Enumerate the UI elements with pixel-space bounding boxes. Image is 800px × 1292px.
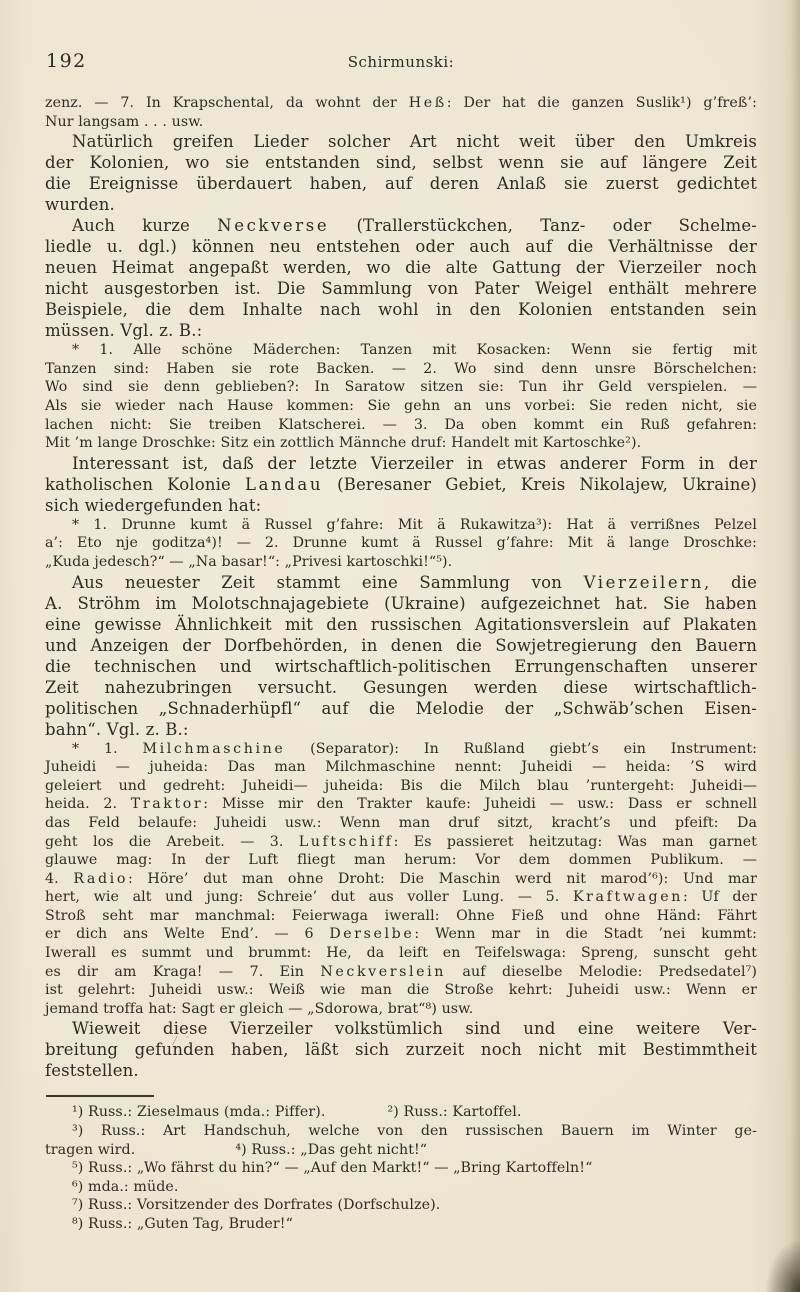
- text-segment: er dich ans Welte End’. — 6: [45, 926, 329, 942]
- verse-example: * 1. Alle schöne Mäderchen: Tanzen mit K…: [45, 341, 757, 453]
- text-line: Beispiele, die dem Inhalte nach wohl in …: [45, 299, 757, 320]
- text-line: sich wiedergefunden hat:: [45, 495, 757, 516]
- text-segment: Interessant ist, daß der letzte Vierzeil…: [72, 454, 757, 473]
- text-segment: : Wenn mar in die Stadt ’nei kummt:: [414, 926, 757, 942]
- text-line: ⁶) mda.: müde.: [45, 1178, 757, 1197]
- paragraph: Aus neuester Zeit stammt eine Sammlung v…: [45, 572, 757, 740]
- text-segment: sich wiedergefunden hat:: [45, 496, 261, 515]
- verse-continuation: zenz. — 7. In Krapschental, da wohnt der…: [45, 94, 757, 131]
- text-line: Wo sind sie denn geblieben?: In Saratow …: [45, 378, 757, 397]
- text-line: lachen nicht: Sie treiben Klatscherei. —…: [45, 416, 757, 435]
- text-line: A. Ströhm im Molotschnajagebiete (Ukrain…: [45, 593, 757, 614]
- text-segment: die Ereignisse überdauert haben, auf der…: [45, 174, 757, 193]
- text-segment: Radio: [73, 871, 128, 887]
- text-segment: geht los die Arebeit. — 3.: [45, 834, 299, 850]
- text-line: Juheidi — juheida: Das man Milchmaschine…: [45, 758, 757, 777]
- text-line: glauwe mag: In der Luft fliegt man herum…: [45, 851, 757, 870]
- text-segment: geleiert und gedreht: Juheidi— juheida: …: [45, 778, 757, 794]
- text-segment: es dir am Kraga! — 7. Ein: [45, 964, 320, 980]
- text-segment: zenz. — 7. In Krapschental, da wohnt der: [45, 95, 409, 111]
- text-line: Interessant ist, daß der letzte Vierzeil…: [45, 453, 757, 474]
- text-line: breitung gefunden haben, läßt sich zurze…: [45, 1039, 757, 1060]
- text-segment: jemand troffa hat: Sagt er gleich — „Sdo…: [45, 1001, 473, 1017]
- text-segment: Zeit nahezubringen versucht. Gesungen we…: [45, 678, 757, 697]
- text-segment: Nur langsam . . . usw.: [45, 114, 203, 130]
- text-line: neuen Heimat angepaßt werden, wo die alt…: [45, 257, 757, 278]
- text-line: geht los die Arebeit. — 3. Luftschiff: E…: [45, 833, 757, 852]
- text-line: Natürlich greifen Lieder solcher Art nic…: [45, 131, 757, 152]
- text-segment: glauwe mag: In der Luft fliegt man herum…: [45, 852, 757, 868]
- text-segment: ⁷) Russ.: Vorsitzender des Dorfrates (Do…: [72, 1197, 440, 1213]
- text-segment: 4.: [45, 871, 73, 887]
- text-segment: : Der hat die ganzen Suslik¹) g’freß’:: [447, 95, 757, 111]
- text-line: tragen wird. ⁴) Russ.: „Das geht nicht!“: [45, 1141, 757, 1160]
- text-segment: ⁶) mda.: müde.: [72, 1179, 179, 1195]
- text-segment: ²) Russ.: Kartoffel.: [388, 1104, 522, 1120]
- text-line: es dir am Kraga! — 7. Ein Neckverslein a…: [45, 963, 757, 982]
- main-text: zenz. — 7. In Krapschental, da wohnt der…: [45, 94, 757, 1081]
- text-line: hert, wie alt und jung: Schreie’ dut aus…: [45, 888, 757, 907]
- text-segment: tragen wird.: [45, 1142, 135, 1158]
- text-line: der Kolonien, wo sie entstanden sind, se…: [45, 152, 757, 173]
- text-line: Aus neuester Zeit stammt eine Sammlung v…: [45, 572, 757, 593]
- text-segment: Luftschiff: [299, 834, 394, 850]
- text-segment: (Trallerstückchen, Tanz- oder Schelme-: [329, 216, 757, 235]
- text-line: eine gewisse Ähnlichkeit mit den russisc…: [45, 614, 757, 635]
- text-line: müssen. Vgl. z. B.:: [45, 320, 757, 341]
- text-segment: Iwerall es summt und brummt: He, da leif…: [45, 945, 757, 961]
- text-segment: Beispiele, die dem Inhalte nach wohl in …: [45, 300, 757, 319]
- footnote: ⁵) Russ.: „Wo fährst du hin?“ — „Auf den…: [45, 1159, 757, 1178]
- text-segment: „Kuda jedesch?“ — „Na basar!“: „Privesi …: [45, 554, 452, 570]
- text-line: ⁵) Russ.: „Wo fährst du hin?“ — „Auf den…: [45, 1159, 757, 1178]
- text-line: katholischen Kolonie Landau (Beresaner G…: [45, 474, 757, 495]
- text-line: bahn“. Vgl. z. B.:: [45, 719, 757, 740]
- text-line: Tanzen sind: Haben sie rote Backen. — 2.…: [45, 360, 757, 379]
- text-line: jemand troffa hat: Sagt er gleich — „Sdo…: [45, 1000, 757, 1019]
- text-segment: auf dieselbe Melodie: Predsedatel⁷): [446, 964, 757, 980]
- text-line: ³) Russ.: Art Handschuh, welche von den …: [45, 1122, 757, 1141]
- text-segment: Neckverslein: [320, 964, 446, 980]
- text-line: * 1. Alle schöne Mäderchen: Tanzen mit K…: [45, 341, 757, 360]
- text-line: Als sie wieder nach Hause kommen: Sie ge…: [45, 397, 757, 416]
- text-line: und Anzeigen der Dorfbehörden, in denen …: [45, 635, 757, 656]
- text-segment: Heß: [409, 95, 447, 111]
- text-segment: neuen Heimat angepaßt werden, wo die alt…: [45, 258, 757, 277]
- paragraph: Wieweit diese Vierzeiler volkstümlich si…: [45, 1018, 757, 1081]
- text-segment: Auch kurze: [72, 216, 217, 235]
- text-segment: das Feld belaufe: Juheidi usw.: Wenn man…: [45, 815, 757, 831]
- footnote: ⁷) Russ.: Vorsitzender des Dorfrates (Do…: [45, 1196, 757, 1215]
- text-line: feststellen.: [45, 1060, 757, 1081]
- running-head: Schirmunski:: [45, 53, 757, 71]
- text-line: Auch kurze Neckverse (Trallerstückchen, …: [45, 215, 757, 236]
- text-segment: ¹) Russ.: Zieselmaus (mda.: Piffer).: [72, 1104, 326, 1120]
- text-segment: * 1. Drunne kumt ä Russel g’fahre: Mit ä…: [72, 517, 757, 533]
- text-segment: eine gewisse Ähnlichkeit mit den russisc…: [45, 615, 757, 634]
- text-segment: breitung gefunden haben, läßt sich zurze…: [45, 1040, 757, 1059]
- text-segment: ⁵) Russ.: „Wo fährst du hin?“ — „Auf den…: [72, 1160, 592, 1176]
- text-segment: ⁸) Russ.: „Guten Tag, Bruder!“: [72, 1216, 293, 1232]
- footnote: ¹) Russ.: Zieselmaus (mda.: Piffer). ²) …: [45, 1103, 757, 1122]
- text-segment: wurden.: [45, 195, 115, 214]
- text-segment: nicht ausgestorben ist. Die Sammlung von…: [45, 279, 757, 298]
- text-line: ⁷) Russ.: Vorsitzender des Dorfrates (Do…: [45, 1196, 757, 1215]
- paragraph: Natürlich greifen Lieder solcher Art nic…: [45, 131, 757, 215]
- text-line: * 1. Milchmaschine (Separator): In Rußla…: [45, 740, 757, 759]
- text-line: Wieweit diese Vierzeiler volkstümlich si…: [45, 1018, 757, 1039]
- paragraph: Auch kurze Neckverse (Trallerstückchen, …: [45, 215, 757, 341]
- verse-example: * 1. Milchmaschine (Separator): In Rußla…: [45, 740, 757, 1019]
- text-line: zenz. — 7. In Krapschental, da wohnt der…: [45, 94, 757, 113]
- text-segment: heida. 2.: [45, 796, 131, 812]
- footnote: ⁸) Russ.: „Guten Tag, Bruder!“: [45, 1215, 757, 1234]
- text-line: 4. Radio: Höre’ dut man ohne Droht: Die …: [45, 870, 757, 889]
- text-segment: , die: [704, 573, 757, 592]
- scanned-book-page: { "page": { "number": "192", "running_he…: [0, 0, 800, 1292]
- text-segment: Juheidi — juheida: Das man Milchmaschine…: [45, 759, 757, 775]
- text-segment: und Anzeigen der Dorfbehörden, in denen …: [45, 636, 757, 655]
- text-segment: der Kolonien, wo sie entstanden sind, se…: [45, 153, 757, 172]
- text-line: Mit ’m lange Droschke: Sitz ein zottlich…: [45, 434, 757, 453]
- text-segment: (Separator): In Rußland giebt’s ein Inst…: [285, 741, 757, 757]
- text-line: die Ereignisse überdauert haben, auf der…: [45, 173, 757, 194]
- text-segment: : Uf der: [683, 889, 757, 905]
- footnote-separator: [46, 1095, 154, 1097]
- text-line: er dich ans Welte End’. — 6 Derselbe: We…: [45, 925, 757, 944]
- footnote: ³) Russ.: Art Handschuh, welche von den …: [45, 1122, 757, 1159]
- page-header: 192 Schirmunski:: [45, 50, 757, 74]
- text-segment: * 1. Alle schöne Mäderchen: Tanzen mit K…: [72, 342, 757, 358]
- text-segment: * 1.: [72, 741, 143, 757]
- scan-corner-shadow: [766, 1240, 800, 1292]
- text-segment: Stroß seht mar manchmal: Feierwaga iwera…: [45, 908, 757, 924]
- text-line: das Feld belaufe: Juheidi usw.: Wenn man…: [45, 814, 757, 833]
- text-line: die technischen und wirtschaftlich-polit…: [45, 656, 757, 677]
- text-segment: Aus neuester Zeit stammt eine Sammlung v…: [72, 573, 584, 592]
- text-segment: lachen nicht: Sie treiben Klatscherei. —…: [45, 417, 757, 433]
- text-segment: Vierzeilern: [584, 573, 704, 592]
- text-segment: ³) Russ.: Art Handschuh, welche von den …: [72, 1123, 757, 1139]
- text-line: Nur langsam . . . usw.: [45, 113, 757, 132]
- text-line: a’: Eto nje goditza⁴)! — 2. Drunne kumt …: [45, 534, 757, 553]
- text-segment: A. Ströhm im Molotschnajagebiete (Ukrain…: [45, 594, 757, 613]
- text-segment: feststellen.: [45, 1061, 139, 1080]
- text-line: wurden.: [45, 194, 757, 215]
- text-segment: die technischen und wirtschaftlich-polit…: [45, 657, 757, 676]
- text-line: nicht ausgestorben ist. Die Sammlung von…: [45, 278, 757, 299]
- text-segment: Natürlich greifen Lieder solcher Art nic…: [72, 132, 757, 151]
- text-segment: müssen. Vgl. z. B.:: [45, 321, 202, 340]
- text-line: liedle u. dgl.) können neu entstehen ode…: [45, 236, 757, 257]
- text-line: ist gelehrt: Juheidi usw.: Weiß wie man …: [45, 981, 757, 1000]
- scan-edge-shadow: [790, 0, 800, 1292]
- page-text-block: 192 Schirmunski: zenz. — 7. In Krapschen…: [45, 0, 757, 1234]
- text-line: „Kuda jedesch?“ — „Na basar!“: „Privesi …: [45, 553, 757, 572]
- text-segment: politischen „Schnaderhüpfl“ auf die Melo…: [45, 699, 757, 718]
- text-segment: Traktor: [131, 796, 204, 812]
- verse-example: * 1. Drunne kumt ä Russel g’fahre: Mit ä…: [45, 516, 757, 572]
- text-segment: a’: Eto nje goditza⁴)! — 2. Drunne kumt …: [45, 535, 757, 551]
- text-line: politischen „Schnaderhüpfl“ auf die Melo…: [45, 698, 757, 719]
- text-segment: Tanzen sind: Haben sie rote Backen. — 2.…: [45, 361, 757, 377]
- text-segment: Kraftwagen: [573, 889, 683, 905]
- text-segment: Landau: [245, 475, 323, 494]
- text-segment: Als sie wieder nach Hause kommen: Sie ge…: [45, 398, 757, 414]
- text-segment: : Misse mir den Trakter kaufe: Juheidi —…: [203, 796, 757, 812]
- text-segment: liedle u. dgl.) können neu entstehen ode…: [45, 237, 757, 256]
- text-line: ⁸) Russ.: „Guten Tag, Bruder!“: [45, 1215, 757, 1234]
- text-line: heida. 2. Traktor: Misse mir den Trakter…: [45, 795, 757, 814]
- text-line: Zeit nahezubringen versucht. Gesungen we…: [45, 677, 757, 698]
- text-segment: hert, wie alt und jung: Schreie’ dut aus…: [45, 889, 573, 905]
- pencil-mark: ∕ ′: [173, 1034, 192, 1047]
- text-segment: : Höre’ dut man ohne Droht: Die Maschin …: [128, 871, 757, 887]
- text-segment: Neckverse: [217, 216, 329, 235]
- text-segment: ⁴) Russ.: „Das geht nicht!“: [235, 1142, 427, 1158]
- text-segment: Milchmaschine: [143, 741, 286, 757]
- text-line: ¹) Russ.: Zieselmaus (mda.: Piffer). ²) …: [45, 1103, 757, 1122]
- text-segment: Wo sind sie denn geblieben?: In Saratow …: [45, 379, 757, 395]
- footnote: ⁶) mda.: müde.: [45, 1178, 757, 1197]
- text-segment: (Beresaner Gebiet, Kreis Nikolajew, Ukra…: [323, 475, 757, 494]
- text-segment: katholischen Kolonie: [45, 475, 245, 494]
- text-line: Stroß seht mar manchmal: Feierwaga iwera…: [45, 907, 757, 926]
- text-segment: bahn“. Vgl. z. B.:: [45, 720, 189, 739]
- paragraph: Interessant ist, daß der letzte Vierzeil…: [45, 453, 757, 516]
- text-line: * 1. Drunne kumt ä Russel g’fahre: Mit ä…: [45, 516, 757, 535]
- text-line: Iwerall es summt und brummt: He, da leif…: [45, 944, 757, 963]
- footnote-block: ¹) Russ.: Zieselmaus (mda.: Piffer). ²) …: [45, 1095, 757, 1233]
- text-segment: Derselbe: [329, 926, 414, 942]
- text-segment: ist gelehrt: Juheidi usw.: Weiß wie man …: [45, 982, 757, 998]
- text-segment: : Es passieret heitzutag: Was man garnet: [394, 834, 757, 850]
- text-segment: Mit ’m lange Droschke: Sitz ein zottlich…: [45, 435, 641, 451]
- text-line: geleiert und gedreht: Juheidi— juheida: …: [45, 777, 757, 796]
